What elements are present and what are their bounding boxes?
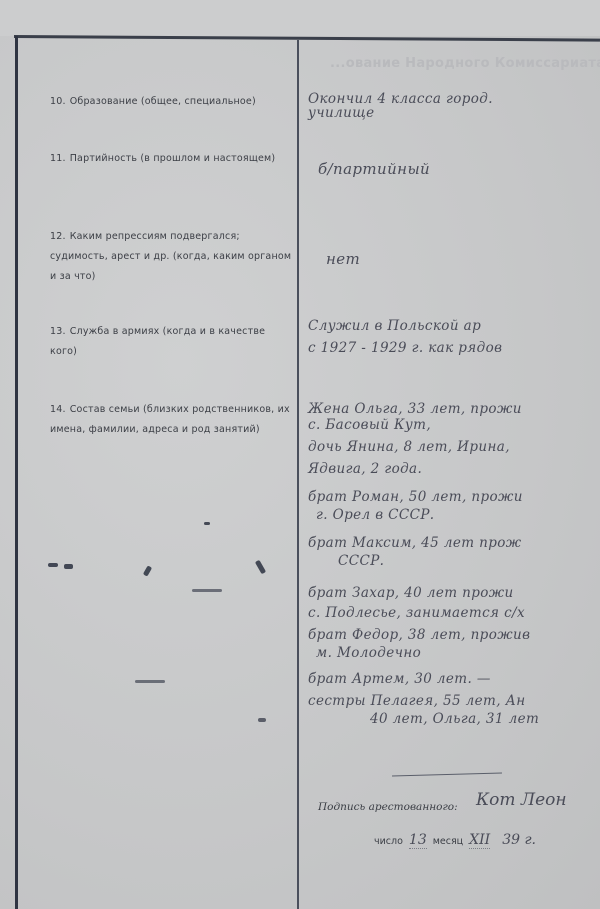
day-value: 13 bbox=[409, 832, 427, 849]
question-12-repressions: 12.Каким репрессиям подвергался; судимос… bbox=[50, 227, 295, 287]
signature-value: Кот Леон bbox=[476, 790, 567, 810]
question-14-family: 14.Состав семьи (близких родственников, … bbox=[50, 400, 295, 440]
question-11-party: 11.Партийность (в прошлом и настоящем) bbox=[50, 149, 295, 169]
signature-rule bbox=[392, 773, 502, 777]
signature-label: Подпись арестованного: bbox=[318, 801, 458, 813]
bleed-through-heading: ...ование Народного Комиссариата Внутрен… bbox=[330, 56, 600, 71]
answer-repressions: нет bbox=[326, 248, 360, 270]
date-row: число13месяцXII39 г. bbox=[374, 832, 542, 848]
question-13-army-service: 13.Служба в армиях (когда и в качестве к… bbox=[50, 322, 295, 362]
day-label: число bbox=[374, 836, 403, 847]
year-value: 39 г. bbox=[502, 832, 536, 848]
question-10-education: 10.Образование (общее, специальное) bbox=[50, 92, 295, 112]
ink-smudge bbox=[255, 560, 266, 575]
month-label: месяц bbox=[433, 836, 463, 847]
page-margin-top bbox=[0, 0, 600, 36]
ink-smudge bbox=[48, 563, 58, 567]
ink-smudge bbox=[258, 718, 266, 722]
answer-army-service: Служил в Польской ар с 1927 - 1929 г. ка… bbox=[308, 315, 502, 359]
ink-smudge bbox=[192, 589, 222, 592]
answer-party: б/партийный bbox=[318, 158, 430, 180]
ink-smudge bbox=[143, 565, 152, 576]
answer-education: Окончил 4 класса город. училище bbox=[308, 88, 493, 124]
ink-smudge bbox=[64, 564, 73, 569]
form-frame-left-border bbox=[15, 36, 18, 909]
answer-family: Жена Ольга, 33 лет, прожи с. Басовый Кут… bbox=[308, 398, 539, 730]
form-column-divider bbox=[297, 40, 299, 909]
ink-smudge bbox=[204, 522, 210, 525]
month-value: XII bbox=[469, 832, 490, 849]
ink-smudge bbox=[135, 680, 165, 683]
